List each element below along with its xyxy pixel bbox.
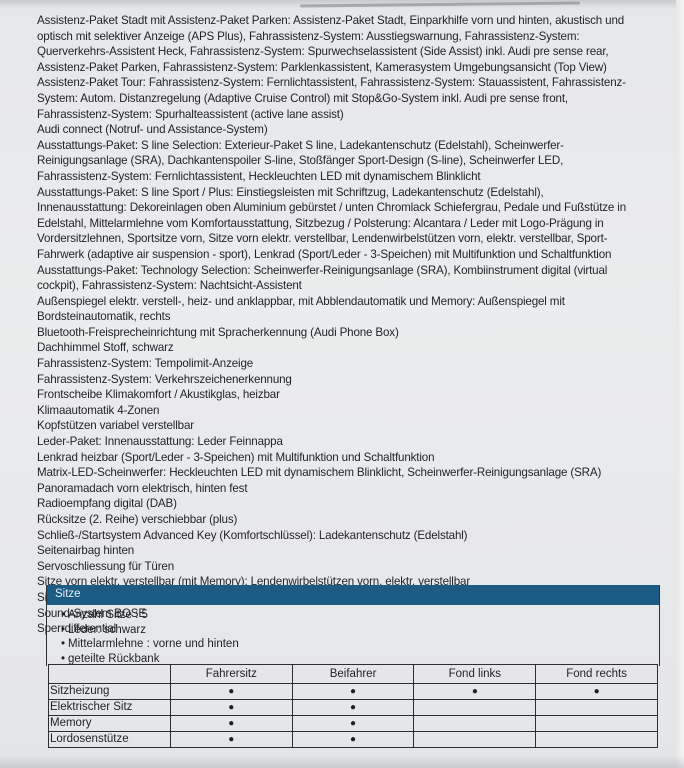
seat-table-column-header: Fond links <box>414 665 536 684</box>
equipment-line: Außenspiegel elektr. verstell-, heiz- un… <box>37 294 667 310</box>
seats-section-header: Sitze <box>47 585 659 605</box>
empty-cell <box>536 716 658 732</box>
equipment-line: Assistenz-Paket Stadt mit Assistenz-Pake… <box>37 13 667 29</box>
equipment-line: System: Autom. Distanzregelung (Adaptive… <box>37 91 667 107</box>
equipment-line: Reinigungsanlage (SRA), Dachkantenspoile… <box>37 153 667 169</box>
equipment-line: Servoschliessung für Türen <box>37 559 667 575</box>
feature-available-dot-icon: ● <box>292 732 414 748</box>
empty-cell <box>414 732 536 748</box>
equipment-line: Fahrassistenz-System: Spurhalteassistent… <box>37 107 667 123</box>
feature-available-dot-icon: ● <box>170 732 292 748</box>
equipment-line: Querverkehrs-Assistent Heck, Fahrassiste… <box>37 44 667 60</box>
empty-cell <box>414 700 536 716</box>
paper-right-edge <box>676 0 684 768</box>
empty-cell <box>414 716 536 732</box>
equipment-line: Assistenz-Paket Parken, Fahrassistenz-Sy… <box>37 60 667 76</box>
equipment-line: Kopfstützen variabel verstellbar <box>37 418 667 434</box>
equipment-line: Rücksitze (2. Reihe) verschiebbar (plus) <box>37 512 667 528</box>
feature-available-dot-icon: ● <box>292 716 414 732</box>
equipment-list: Assistenz-Paket Stadt mit Assistenz-Pake… <box>37 13 667 637</box>
equipment-line: Schließ-/Startsystem Advanced Key (Komfo… <box>37 528 667 544</box>
seats-section: Sitze Anzahl Sitze : 5Leder: schwarzMitt… <box>46 585 660 666</box>
seat-table-row: Memory●● <box>49 716 658 732</box>
equipment-line: Bordsteinautomatik, rechts <box>37 309 667 325</box>
seats-bullet-list: Anzahl Sitze : 5Leder: schwarzMittelarml… <box>47 605 659 666</box>
equipment-line: cockpit), Fahrassistenz-System: Nachtsic… <box>37 278 667 294</box>
equipment-line: Fahrwerk (adaptive air suspension - spor… <box>37 247 667 263</box>
seats-bullet-item: Anzahl Sitze : 5 <box>61 608 659 623</box>
equipment-line: Leder-Paket: Innenausstattung: Leder Fei… <box>37 434 667 450</box>
seat-table-column-header: Fond rechts <box>536 665 658 684</box>
feature-available-dot-icon: ● <box>536 684 658 700</box>
empty-cell <box>536 700 658 716</box>
equipment-line: Innenausstattung: Dekoreinlagen oben Alu… <box>37 200 667 216</box>
feature-available-dot-icon: ● <box>170 684 292 700</box>
equipment-line: Bluetooth-Freisprecheinrichtung mit Spra… <box>37 325 667 341</box>
equipment-line: Matrix-LED-Scheinwerfer: Heckleuchten LE… <box>37 465 667 481</box>
seat-table-corner-cell <box>49 665 171 684</box>
equipment-line: Frontscheibe Klimakomfort / Akustikglas,… <box>37 387 667 403</box>
equipment-line: Ausstattungs-Paket: S line Sport / Plus:… <box>37 185 667 201</box>
equipment-line: Fahrassistenz-System: Tempolimit-Anzeige <box>37 356 667 372</box>
seat-table-column-header: Beifahrer <box>292 665 414 684</box>
seat-table-row-label: Elektrischer Sitz <box>49 700 171 716</box>
equipment-line: Fahrassistenz-System: Fernlichtassistent… <box>37 169 667 185</box>
seat-table-row-label: Lordosenstütze <box>49 732 171 748</box>
equipment-line: Ausstattungs-Paket: Technology Selection… <box>37 263 667 279</box>
empty-cell <box>536 732 658 748</box>
feature-available-dot-icon: ● <box>414 684 536 700</box>
equipment-line: Fahrassistenz-System: Verkehrszeichenerk… <box>37 372 667 388</box>
seat-table-row-label: Sitzheizung <box>49 684 171 700</box>
feature-available-dot-icon: ● <box>292 684 414 700</box>
equipment-line: Lenkrad heizbar (Sport/Leder - 3-Speiche… <box>37 450 667 466</box>
equipment-line: Dachhimmel Stoff, schwarz <box>37 340 667 356</box>
equipment-line: Klimaautomatik 4-Zonen <box>37 403 667 419</box>
seats-bullet-item: Leder: schwarz <box>61 623 659 638</box>
seat-table-column-header: Fahrersitz <box>170 665 292 684</box>
equipment-line: optisch mit selektiver Anzeige (APS Plus… <box>37 29 667 45</box>
equipment-line: Ausstattungs-Paket: S line Selection: Ex… <box>37 138 667 154</box>
seat-features-table: FahrersitzBeifahrerFond linksFond rechts… <box>48 664 658 748</box>
equipment-line: Seitenairbag hinten <box>37 543 667 559</box>
seat-table-row-label: Memory <box>49 716 171 732</box>
feature-available-dot-icon: ● <box>170 716 292 732</box>
paper-bottom-shadow <box>0 755 684 768</box>
equipment-line: Panoramadach vorn elektrisch, hinten fes… <box>37 481 667 497</box>
equipment-line: Audi connect (Notruf- und Assistance-Sys… <box>37 122 667 138</box>
seat-table-header-row: FahrersitzBeifahrerFond linksFond rechts <box>49 665 658 684</box>
equipment-line: Assistenz-Paket Tour: Fahrassistenz-Syst… <box>37 75 667 91</box>
seats-bullet-item: Mittelarmlehne : vorne und hinten <box>61 637 659 652</box>
feature-available-dot-icon: ● <box>170 700 292 716</box>
seat-table-row: Elektrischer Sitz●● <box>49 700 658 716</box>
equipment-line: Radioempfang digital (DAB) <box>37 496 667 512</box>
seat-table-row: Lordosenstütze●● <box>49 732 658 748</box>
feature-available-dot-icon: ● <box>292 700 414 716</box>
seat-table-row: Sitzheizung●●●● <box>49 684 658 700</box>
equipment-line: Vordersitzlehnen, Sportsitze vorn, Sitze… <box>37 231 667 247</box>
equipment-line: Edelstahl, Mittelarmlehne vom Komfortaus… <box>37 216 667 232</box>
